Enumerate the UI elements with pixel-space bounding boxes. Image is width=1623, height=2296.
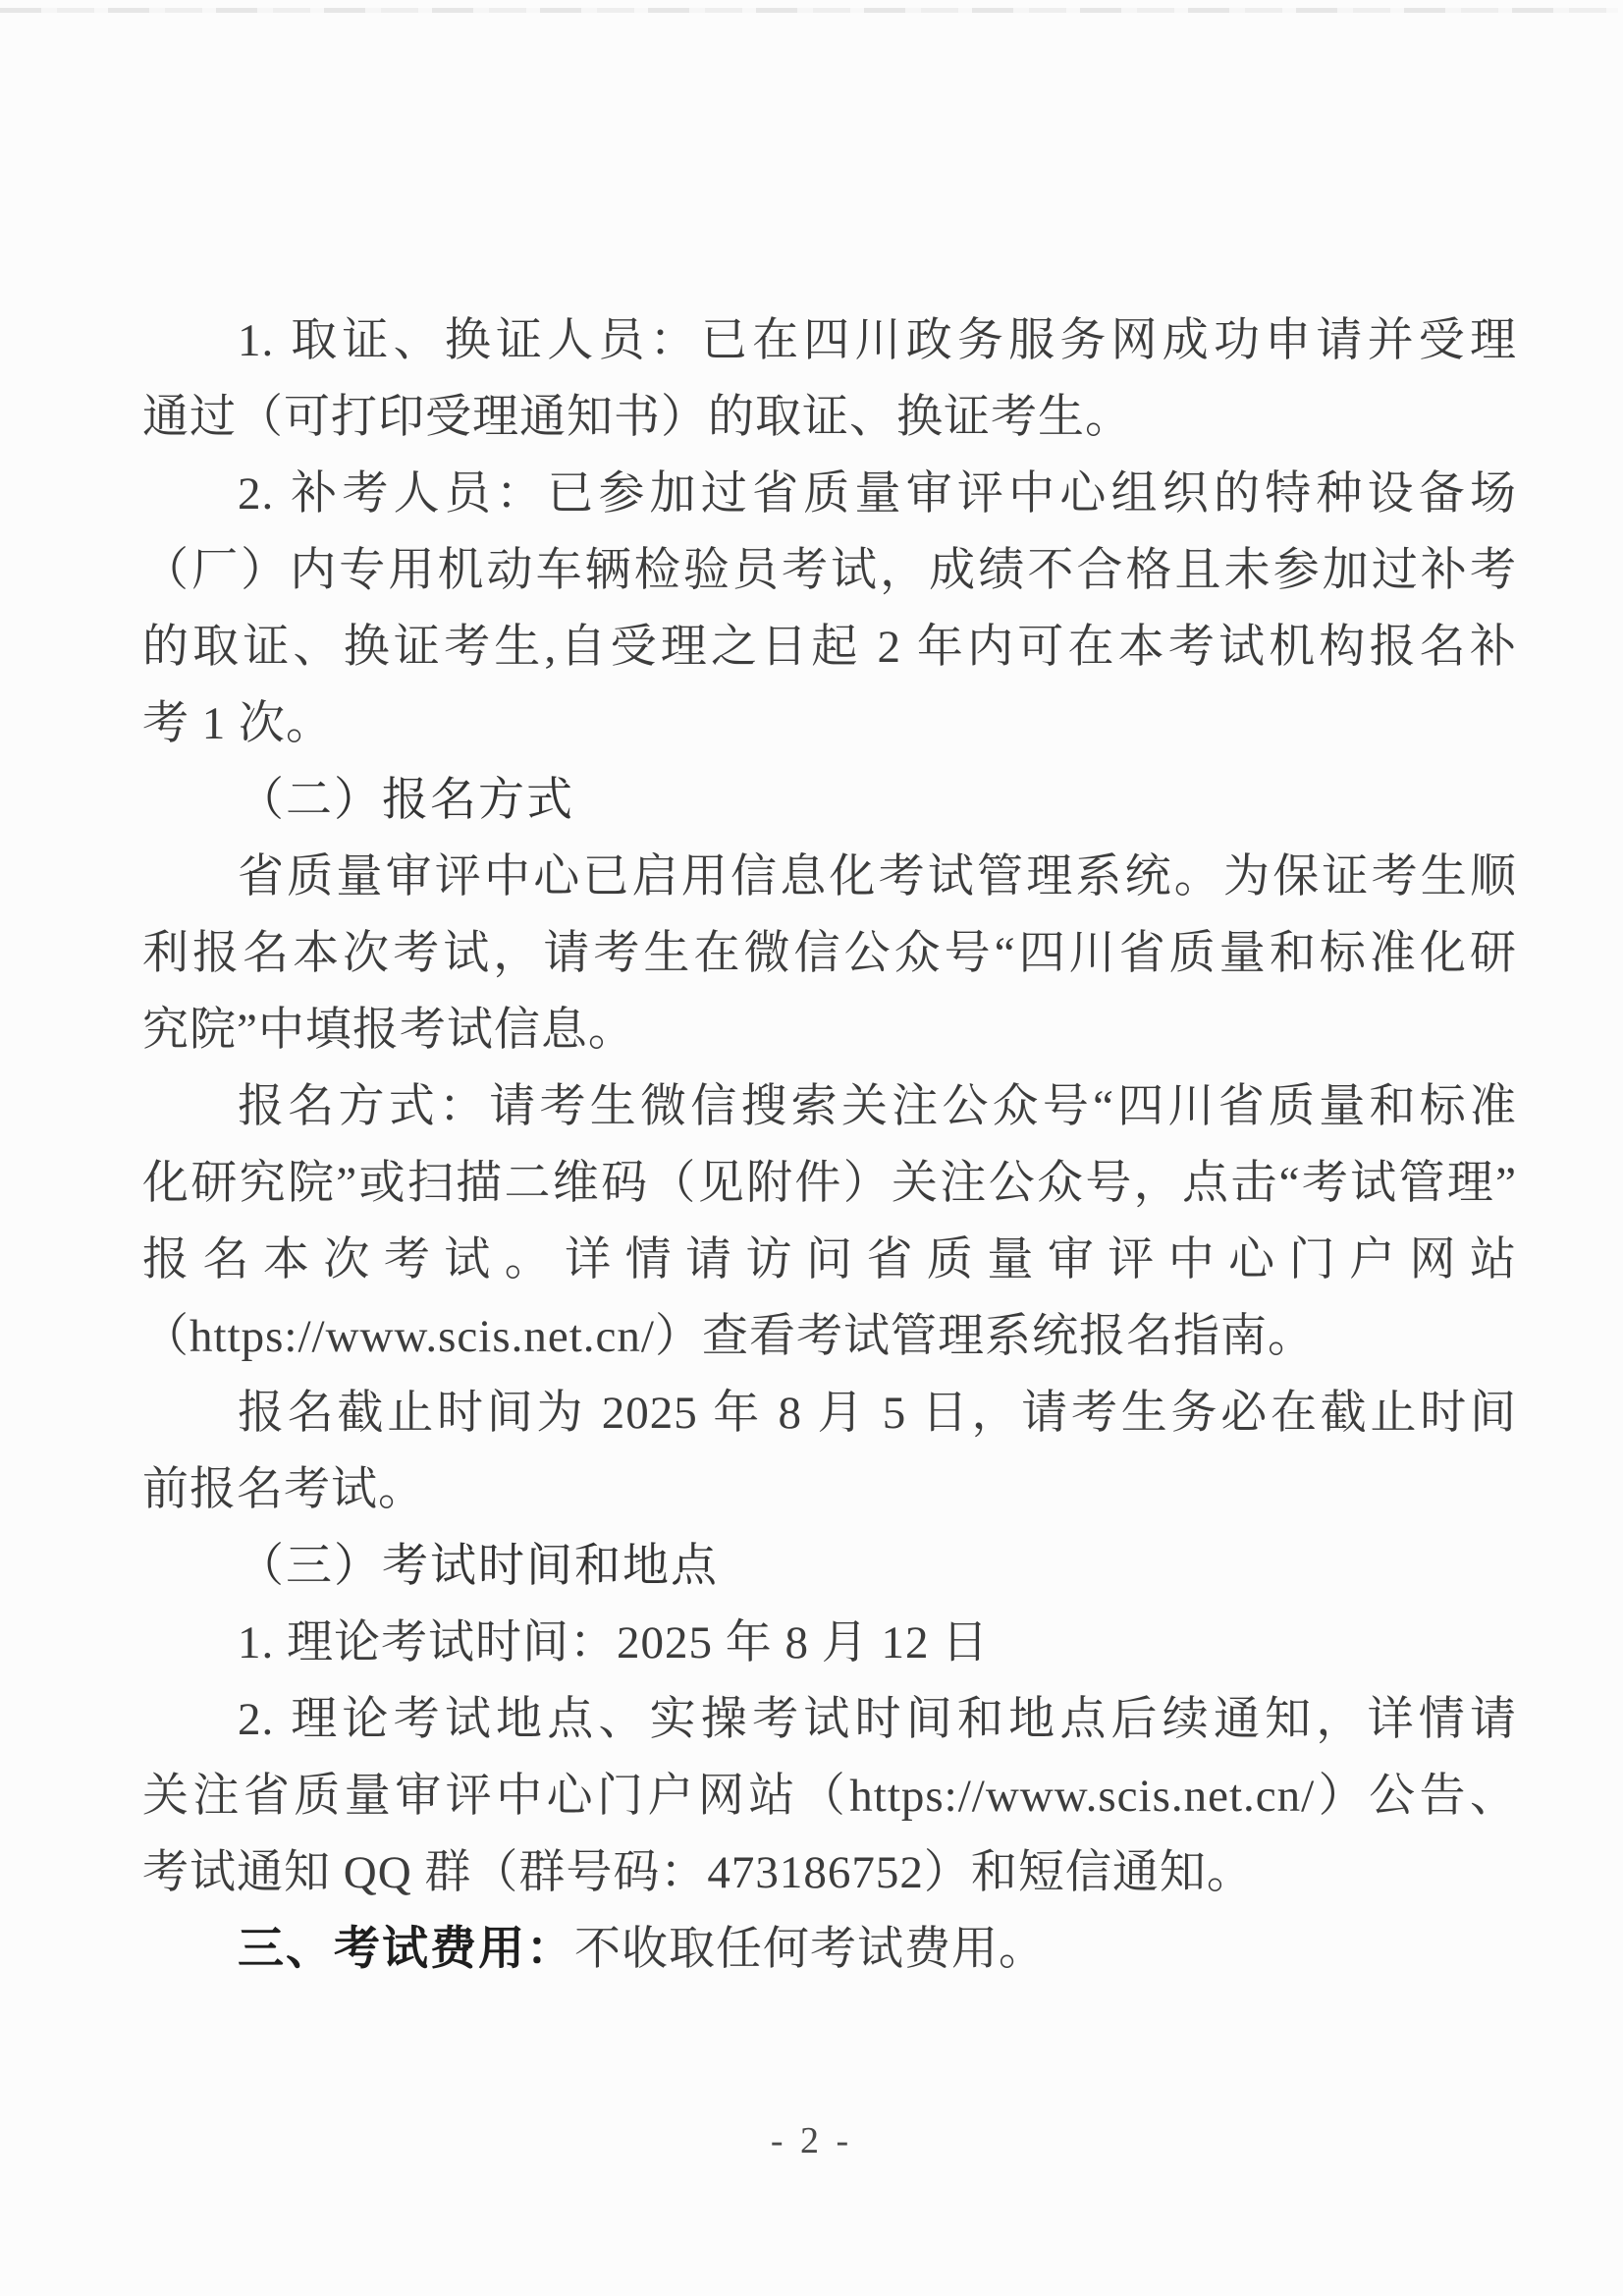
text-line: 1. 理论考试时间：2025 年 8 月 12 日 xyxy=(142,1605,1517,1681)
text-line: 报名截止时间为 2025 年 8 月 5 日，请考生务必在截止时间 xyxy=(142,1375,1517,1451)
text-line: 2. 补考人员：已参加过省质量审评中心组织的特种设备场 xyxy=(142,456,1517,532)
text-line: 考 1 次。 xyxy=(142,685,1517,762)
text-line: 通过（可打印受理通知书）的取证、换证考生。 xyxy=(142,379,1517,456)
scan-artifact-top-edge xyxy=(0,8,1618,13)
text-line: 2. 理论考试地点、实操考试时间和地点后续通知，详情请 xyxy=(142,1681,1517,1758)
section-heading: （二）报名方式 xyxy=(142,762,1517,839)
text-line: 报名方式：请考生微信搜索关注公众号“四川省质量和标准 xyxy=(142,1068,1517,1145)
text-line: 的取证、换证考生,自受理之日起 2 年内可在本考试机构报名补 xyxy=(142,609,1517,685)
page-number: - 2 - xyxy=(0,2119,1623,2162)
section-heading: （三）考试时间和地点 xyxy=(142,1528,1517,1605)
text-line: 化研究院”或扫描二维码（见附件）关注公众号，点击“考试管理” xyxy=(142,1145,1517,1222)
text-line: （https://www.scis.net.cn/）查看考试管理系统报名指南。 xyxy=(142,1298,1517,1375)
text-line: 1. 取证、换证人员：已在四川政务服务网成功申请并受理 xyxy=(142,302,1517,379)
text-line-tail: 不收取任何考试费用。 xyxy=(574,1924,1046,1975)
text-line: 报名本次考试。详情请访问省质量审评中心门户网站 xyxy=(142,1222,1517,1298)
text-line: （厂）内专用机动车辆检验员考试，成绩不合格且未参加过补考 xyxy=(142,532,1517,609)
text-line: 考试通知 QQ 群（群号码：473186752）和短信通知。 xyxy=(142,1834,1517,1911)
text-line: 利报名本次考试，请考生在微信公众号“四川省质量和标准化研 xyxy=(142,915,1517,992)
document-body: 1. 取证、换证人员：已在四川政务服务网成功申请并受理通过（可打印受理通知书）的… xyxy=(142,302,1517,1988)
text-line: 前报名考试。 xyxy=(142,1451,1517,1528)
text-line: 省质量审评中心已启用信息化考试管理系统。为保证考生顺 xyxy=(142,839,1517,915)
bold-lead-text: 三、考试费用： xyxy=(238,1924,574,1975)
text-line: 究院”中填报考试信息。 xyxy=(142,992,1517,1068)
text-line: 关注省质量审评中心门户网站（https://www.scis.net.cn/）公… xyxy=(142,1758,1517,1834)
text-line: 三、考试费用：不收取任何考试费用。 xyxy=(142,1911,1517,1988)
document-page: 1. 取证、换证人员：已在四川政务服务网成功申请并受理通过（可打印受理通知书）的… xyxy=(0,0,1623,2296)
